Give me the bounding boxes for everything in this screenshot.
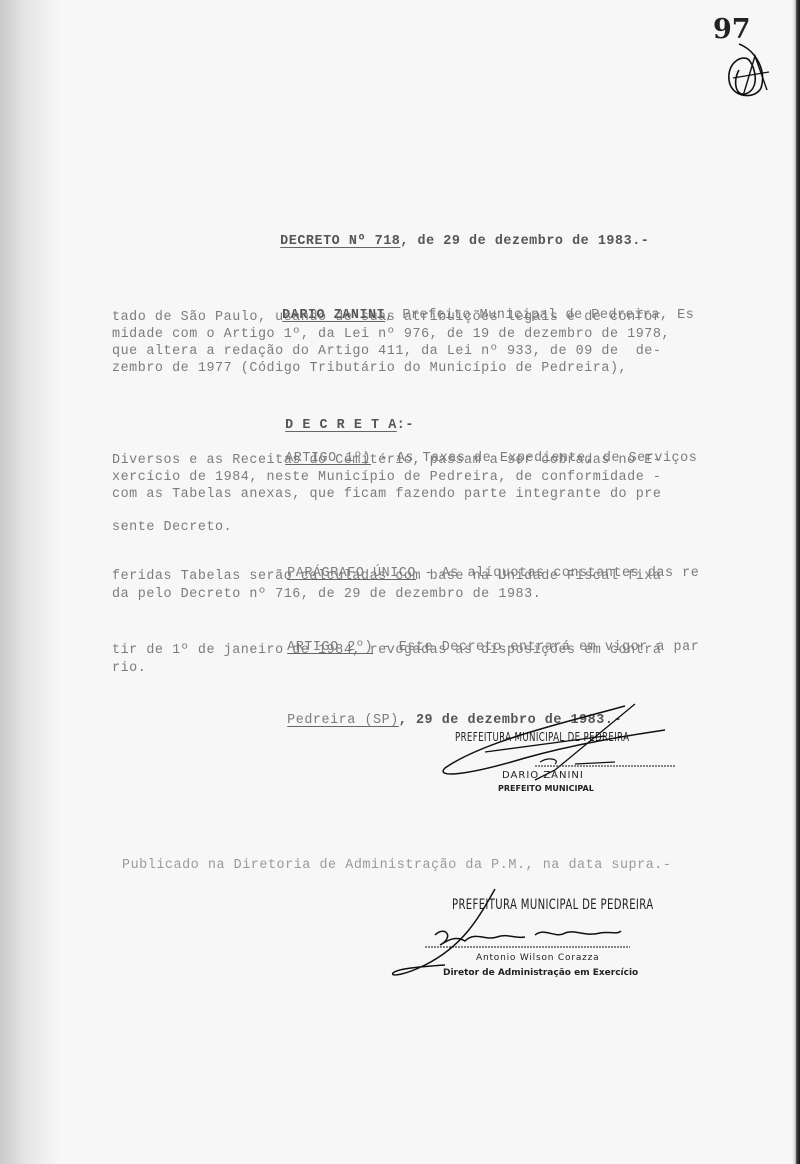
artigo-1-line-5: sente Decreto. (112, 520, 232, 535)
artigo-1-line-4: com as Tabelas anexas, que ficam fazendo… (112, 487, 661, 502)
preamble-line-5: zembro de 1977 (Código Tributário do Mun… (112, 361, 627, 376)
decree-number: DECRETO Nº 718 (280, 234, 400, 249)
publication-note: Publicado na Diretoria de Administração … (122, 858, 671, 873)
rubric-initials-icon (725, 40, 775, 100)
decree-title: DECRETO Nº 718, de 29 de dezembro de 198… (263, 219, 649, 249)
artigo-1-line-3: xercício de 1984, neste Município de Ped… (112, 470, 661, 485)
closing-place: Pedreira (SP) (287, 713, 399, 728)
preamble-line-2: tado de São Paulo, usando de suas atribu… (112, 310, 661, 325)
mayor-role: PREFEITO MUNICIPAL (498, 784, 594, 793)
paragrafo-unico-line-2: feridas Tabelas serão calculadas com bas… (112, 569, 661, 584)
decreta-heading: D E C R E T A:- (268, 403, 414, 433)
mayor-name-printed: DARIO ZANINI (502, 770, 584, 781)
scan-shadow-left (0, 0, 60, 1164)
preamble-line-4: que altera a redação do Artigo 411, da L… (112, 344, 661, 359)
decree-date: , de 29 de dezembro de 1983.- (400, 234, 649, 249)
artigo-2-line-3: rio. (112, 661, 146, 676)
artigo-1-line-2: Diversos e as Receitas do Cemitério, pas… (112, 453, 661, 468)
preamble-line-3: midade com o Artigo 1º, da Lei nº 976, d… (112, 327, 670, 342)
artigo-2-line-2: tir de 1º de janeiro de 1984, revogadas … (112, 643, 661, 658)
paragrafo-unico-line-3: da pelo Decreto nº 716, de 29 de dezembr… (112, 587, 541, 602)
director-role: Diretor de Administração em Exercício (443, 968, 638, 978)
scan-edge-right (792, 0, 800, 1164)
director-name-printed: Antonio Wilson Corazza (476, 953, 600, 963)
